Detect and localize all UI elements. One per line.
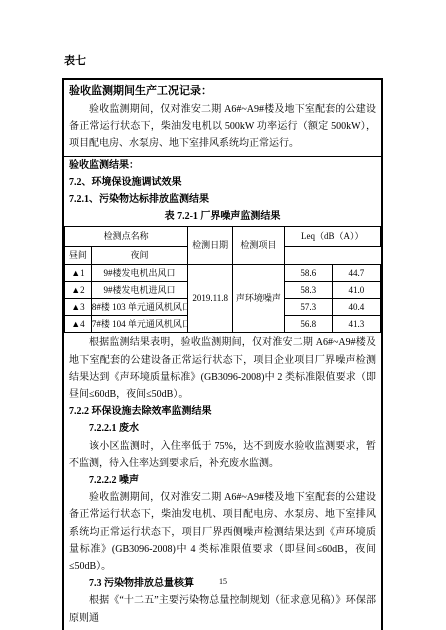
- point-marker: ▲4: [65, 316, 92, 333]
- point-name: 7#楼 104 单元通风机风口: [91, 316, 187, 333]
- table-header-row: 检测点名称 检测日期 检测项目 Leq（dB（A））: [65, 227, 381, 247]
- table-seven-label: 表七: [64, 54, 86, 68]
- point-name: 8#楼 103 单元通风机风口: [91, 299, 187, 316]
- production-record-title: 验收监测期间生产工况记录：: [69, 82, 376, 101]
- night-value: 44.7: [332, 265, 380, 282]
- point-marker: ▲3: [65, 299, 92, 316]
- noise-monitoring-table: 检测点名称 检测日期 检测项目 Leq（dB（A）） 昼间 夜间 ▲1 9#楼发…: [64, 226, 381, 333]
- table-row: ▲1 9#楼发电机出风口 2019.11.8 声环境噪声 58.6 44.7: [65, 265, 381, 282]
- day-value: 57.3: [284, 299, 332, 316]
- header-leq: Leq（dB（A））: [284, 227, 380, 247]
- total-amount-paragraph: 根据《“十二五”主要污染物总量控制规划（征求意见稿）》环保部原则通: [69, 592, 376, 626]
- page-number: 15: [0, 577, 446, 587]
- header-date: 检测日期: [188, 227, 233, 265]
- point-name: 9#楼发电机进风口: [91, 282, 187, 299]
- heading-7-2-2-2: 7.2.2.2 噪声: [69, 472, 376, 489]
- night-value: 41.3: [332, 316, 380, 333]
- production-record-section: 验收监测期间生产工况记录： 验收监测期间，仅对淮安二期 A6#~A9#楼及地下室…: [64, 80, 381, 157]
- results-title: 验收监测结果：: [69, 157, 376, 174]
- noise-conclusion-paragraph: 根据监测结果表明，验收监测期间，仅对淮安二期 A6#~A9#楼及地下室配套的公建…: [69, 334, 376, 403]
- noise-paragraph: 验收监测期间，仅对淮安二期 A6#~A9#楼及地下室配套的公建设备正常运行状态下…: [69, 489, 376, 575]
- header-day: 昼间: [65, 247, 92, 265]
- monitoring-results-section: 验收监测结果： 7.2、环境保设施调试效果 7.2.1、污染物达标排放监测结果 …: [64, 157, 381, 630]
- heading-7-2: 7.2、环境保设施调试效果: [69, 174, 376, 191]
- point-marker: ▲2: [65, 282, 92, 299]
- production-record-body: 验收监测期间，仅对淮安二期 A6#~A9#楼及地下室配套的公建设备正常运行状态下…: [69, 101, 376, 153]
- header-item: 检测项目: [233, 227, 285, 265]
- day-value: 58.3: [284, 282, 332, 299]
- header-night: 夜间: [91, 247, 187, 265]
- noise-table-title: 表 7.2-1 厂界噪声监测结果: [69, 208, 376, 225]
- wastewater-paragraph: 该小区监测时，入住率低于 75%，达不到废水验收监测要求，暂不监测，待入住率达到…: [69, 438, 376, 472]
- day-value: 58.6: [284, 265, 332, 282]
- night-value: 41.0: [332, 282, 380, 299]
- heading-7-2-1: 7.2.1、污染物达标排放监测结果: [69, 191, 376, 208]
- point-name: 9#楼发电机出风口: [91, 265, 187, 282]
- heading-7-2-2-1: 7.2.2.1 废水: [69, 420, 376, 437]
- heading-7-2-2: 7.2.2 环保设施去除效率监测结果: [69, 403, 376, 420]
- monitor-date: 2019.11.8: [188, 265, 233, 333]
- header-point-name: 检测点名称: [65, 227, 188, 247]
- report-outer-table: 验收监测期间生产工况记录： 验收监测期间，仅对淮安二期 A6#~A9#楼及地下室…: [62, 78, 383, 630]
- day-value: 56.8: [284, 316, 332, 333]
- point-marker: ▲1: [65, 265, 92, 282]
- night-value: 40.4: [332, 299, 380, 316]
- monitor-item: 声环境噪声: [233, 265, 285, 333]
